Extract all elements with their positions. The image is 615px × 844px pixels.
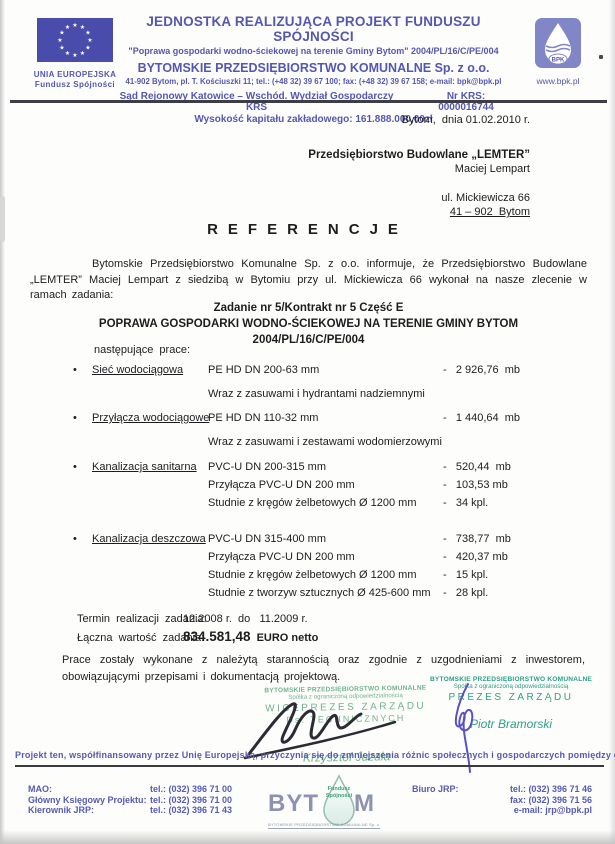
recipient-city: 41 – 902 Bytom <box>308 205 530 219</box>
recipient-person: Maciej Lempart <box>308 162 530 176</box>
work-desc: Studnie z kręgów żelbetowych Ø 1200 mm <box>208 494 443 512</box>
work-rows: PVC-U DN 315-400 mm - 738,77 mb Przyłącz… <box>208 530 587 602</box>
svg-text:Spójności: Spójności <box>326 793 353 799</box>
bpk-logo-icon: BPK <box>535 18 581 68</box>
eu-caption: UNIA EUROPEJSKA Fundusz Spójności <box>25 70 125 91</box>
contact-label: Główny Księgowy Projektu: <box>28 795 150 806</box>
svg-text:★: ★ <box>85 45 90 52</box>
work-desc: Studnie z tworzyw sztucznych Ø 425-600 m… <box>208 584 443 602</box>
bullet-icon: • <box>73 358 92 382</box>
bpk-website: www.bpk.pl <box>529 76 587 86</box>
work-value: - 28 kpl. <box>443 584 488 602</box>
contact-value: tel.: (032) 396 71 43 <box>150 805 232 816</box>
work-desc: Przyłącza PVC-U DN 200 mm <box>208 476 443 494</box>
contact-value: tel.: (032) 396 71 00 <box>150 795 232 806</box>
contact-label: Biuro JRP: <box>412 784 474 816</box>
eu-flag-block: ★★★ ★★★ ★★★ ★★★ UNIA EUROPEJSKA Fundusz … <box>25 18 125 91</box>
work-value: - 1 440,64 mb <box>443 406 520 430</box>
svg-text:★: ★ <box>85 30 90 37</box>
work-desc: PVC-U DN 315-400 mm <box>208 530 443 548</box>
total-value-row: Łączna wartość zadania: 834.581,48 EURO … <box>77 628 318 647</box>
work-rows: PVC-U DN 200-315 mm - 520,44 mb Przyłącz… <box>208 458 587 512</box>
contact-value: tel.: (032) 396 71 46 <box>474 784 592 795</box>
document-title: REFERENCJE <box>0 221 615 238</box>
work-desc: PE HD DN 110-32 mm <box>208 406 443 430</box>
work-row: PE HD DN 200-63 mm - 2 926,76 mb <box>208 358 587 382</box>
work-value: - 738,77 mb <box>443 530 511 548</box>
total-value-label: Łączna wartość zadania: <box>77 630 183 647</box>
works-intro: następujące prace: <box>94 344 190 356</box>
work-row: PVC-U DN 200-315 mm - 520,44 mb <box>208 458 587 476</box>
letterhead: JEDNOSTKA REALIZUJĄCA PROJEKT FUNDUSZU S… <box>115 14 512 125</box>
work-rows: PE HD DN 110-32 mm - 1 440,64 mb Wraz z … <box>208 406 587 454</box>
letterhead-project: "Poprawa gospodarki wodno-ściekowej na t… <box>115 46 512 56</box>
work-row: PVC-U DN 315-400 mm - 738,77 mb <box>208 530 587 548</box>
completion-term-row: Termin realizacji zadania: 12.2008 r. do… <box>77 611 318 628</box>
bpk-logo-block: BPK www.bpk.pl <box>529 18 587 86</box>
svg-text:★: ★ <box>72 22 77 29</box>
work-group-water-connections: • Przyłącza wodociągowe PE HD DN 110-32 … <box>0 406 587 454</box>
bullet-icon: • <box>73 406 92 430</box>
work-row: Studnie z tworzyw sztucznych Ø 425-600 m… <box>208 584 587 602</box>
eu-caption-line2: Fundusz Spójności <box>25 80 125 90</box>
work-rows: PE HD DN 200-63 mm - 2 926,76 mb Wraz z … <box>208 358 587 406</box>
work-value: - 15 kpl. <box>443 566 488 584</box>
svg-text:★: ★ <box>65 50 70 57</box>
header-divider <box>10 100 607 103</box>
contact-row: MAO: tel.: (032) 396 71 00 <box>28 784 232 795</box>
contact-label: MAO: <box>28 784 150 795</box>
svg-text:★: ★ <box>80 50 85 57</box>
work-value: - 2 926,76 mb <box>443 358 520 382</box>
contact-value: e-mail: jrp@bpk.pl <box>474 805 592 816</box>
work-value: - 34 kpl. <box>443 494 488 512</box>
work-desc: PVC-U DN 200-315 mm <box>208 458 443 476</box>
total-value-currency: EURO netto <box>257 630 319 647</box>
eu-cofinancing-note: Projekt ten, współfinansowany przez Unię… <box>15 750 604 767</box>
contact-values: tel.: (032) 396 71 46 fax: (032) 396 71 … <box>474 784 592 816</box>
bytm-logo-caption: BYTOMSKIE PRZEDSIĘBIORSTWO KOMUNALNE Sp.… <box>268 822 380 829</box>
work-desc: PE HD DN 200-63 mm <box>208 358 443 382</box>
work-value: - 520,44 mb <box>443 458 511 476</box>
recipient-street: ul. Mickiewicza 66 <box>308 191 530 205</box>
contact-label: Kierownik JRP: <box>28 805 150 816</box>
work-row: PE HD DN 110-32 mm - 1 440,64 mb <box>208 406 587 430</box>
task-line2: POPRAWA GOSPODARKI WODNO-ŚCIEKOWEJ NA TE… <box>30 316 587 332</box>
contact-value: tel.: (032) 396 71 00 <box>150 784 232 795</box>
work-group-storm-sewer: • Kanalizacja deszczowa PVC-U DN 315-400… <box>0 530 587 602</box>
completion-term-value: 12.2008 r. do 11.2009 r. <box>183 611 308 628</box>
eu-flag-icon: ★★★ ★★★ ★★★ ★★★ <box>37 18 113 62</box>
svg-text:BPK: BPK <box>552 58 565 64</box>
contact-value: fax: (032) 396 71 56 <box>474 795 592 806</box>
work-desc: Przyłącza PVC-U DN 200 mm <box>208 548 443 566</box>
scan-speck <box>599 55 603 59</box>
task-line1: Zadanie nr 5/Kontrakt nr 5 Część E <box>30 300 587 316</box>
scanned-reference-letter: ★★★ ★★★ ★★★ ★★★ UNIA EUROPEJSKA Fundusz … <box>0 0 615 844</box>
work-desc: Studnie z kręgów żelbetowych Ø 1200 mm <box>208 566 443 584</box>
svg-text:★: ★ <box>87 37 92 44</box>
recipient-company: Przedsiębiorstwo Budowlane „LEMTER” <box>308 148 530 162</box>
work-group-water-network: • Sieć wodociągowa PE HD DN 200-63 mm - … <box>0 358 587 406</box>
work-label: Przyłącza wodociągowe <box>92 406 208 430</box>
work-row: Studnie z kręgów żelbetowych Ø 1200 mm -… <box>208 566 587 584</box>
bytm-logo-text-byt: BYT <box>268 790 319 818</box>
bullet-icon: • <box>73 458 92 476</box>
intro-paragraph: Bytomskie Przedsiębiorstwo Komunalne Sp.… <box>30 257 587 304</box>
contact-row: Główny Księgowy Projektu: tel.: (032) 39… <box>28 795 232 806</box>
contact-row: Kierownik JRP: tel.: (032) 396 71 43 <box>28 805 232 816</box>
eu-caption-line1: UNIA EUROPEJSKA <box>25 70 125 80</box>
work-row: Wraz z zasuwami i zestawami wodomierzowy… <box>208 430 587 454</box>
work-label: Sieć wodociągowa <box>92 358 208 382</box>
water-drop-icon: Fundusz Spójności <box>318 774 360 826</box>
date-line: Bytom, dnia 01.02.2010 r. <box>402 114 530 126</box>
letterhead-company: BYTOMSKIE PRZEDSIĘBIORSTWO KOMUNALNE Sp.… <box>115 61 512 75</box>
work-value: - 103,53 mb <box>443 476 508 494</box>
scan-edge-right <box>609 0 615 844</box>
work-label: Kanalizacja sanitarna <box>92 458 208 476</box>
work-row: Studnie z kręgów żelbetowych Ø 1200 mm -… <box>208 494 587 512</box>
recipient-block: Przedsiębiorstwo Budowlane „LEMTER” Maci… <box>308 148 530 219</box>
work-desc: Wraz z zasuwami i zestawami wodomierzowy… <box>208 430 443 454</box>
work-group-sanitary-sewer: • Kanalizacja sanitarna PVC-U DN 200-315… <box>0 458 587 512</box>
work-label: Kanalizacja deszczowa <box>92 530 208 548</box>
svg-text:★: ★ <box>72 52 77 59</box>
task-heading: Zadanie nr 5/Kontrakt nr 5 Część E POPRA… <box>30 300 587 348</box>
bytm-logo-block: BYT M Fundusz Spójności BYTOMSKIE PRZEDS… <box>268 774 380 834</box>
bullet-icon: • <box>73 530 92 548</box>
footer-contacts-left: MAO: tel.: (032) 396 71 00 Główny Księgo… <box>28 784 232 816</box>
work-row: Przyłącza PVC-U DN 200 mm - 103,53 mb <box>208 476 587 494</box>
letterhead-title: JEDNOSTKA REALIZUJĄCA PROJEKT FUNDUSZU S… <box>115 14 512 44</box>
letterhead-address: 41-902 Bytom, pl. T. Kościuszki 11; tel.… <box>115 77 512 86</box>
completion-term-label: Termin realizacji zadania: <box>77 611 183 628</box>
svg-text:★: ★ <box>65 24 70 31</box>
summary-block: Termin realizacji zadania: 12.2008 r. do… <box>77 611 318 647</box>
work-row: Przyłącza PVC-U DN 200 mm - 420,37 mb <box>208 548 587 566</box>
svg-text:★: ★ <box>59 45 64 52</box>
svg-text:Fundusz: Fundusz <box>328 786 351 792</box>
total-value-amount: 834.581,48 <box>183 628 251 645</box>
work-row: Wraz z zasuwami i hydrantami nadziemnymi <box>208 382 587 406</box>
svg-text:★: ★ <box>57 37 62 44</box>
work-desc: Wraz z zasuwami i hydrantami nadziemnymi <box>208 382 443 406</box>
footer-contacts-right: Biuro JRP: tel.: (032) 396 71 46 fax: (0… <box>412 784 592 816</box>
work-value: - 420,37 mb <box>443 548 508 566</box>
